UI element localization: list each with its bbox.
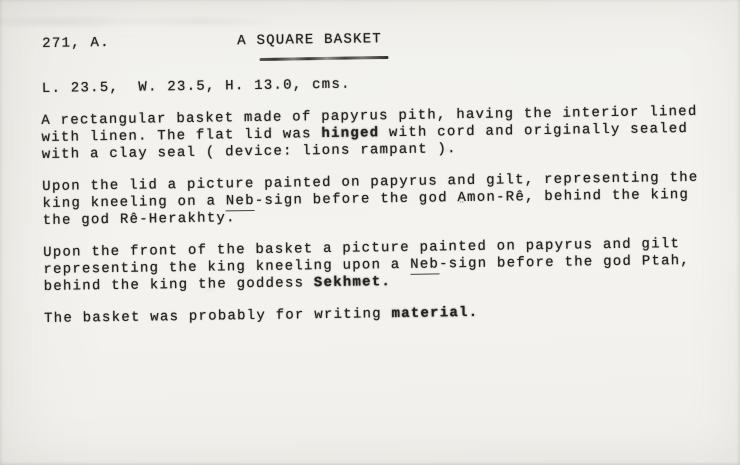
page-title: A SQUARE BASKET [237,31,382,49]
text-segment: -sign before the god Ptah, [439,253,690,273]
document-page: 271, A. A SQUARE BASKET L. 23.5, W. 23.5… [0,0,740,465]
paragraph: The basket was probably for writing mate… [44,302,700,328]
text-segment: king kneeling on a [42,193,226,212]
underlined-term: Neb [410,256,439,274]
paragraph: Upon the front of the basket a picture p… [43,236,700,296]
title-underline [259,56,388,61]
text-segment: hinged [321,125,379,142]
underlined-term: Neb [226,193,255,211]
body-paragraphs: A rectangular basket made of papyrus pit… [41,104,700,343]
text-line: The basket was probably for writing mate… [44,302,700,328]
text-segment: behind the king the goddess [44,275,314,295]
typed-diaeresis-mark: ¨ [458,201,466,213]
dimensions-line: L. 23.5, W. 23.5, H. 13.0, cms. [42,77,351,97]
typed-sheet: 271, A. A SQUARE BASKET L. 23.5, W. 23.5… [0,0,740,465]
paragraph: Upon the lid a picture painted on papyru… [42,170,699,230]
text-segment: Sekhmet. [314,274,391,291]
text-segment: material. [391,305,478,322]
text-segment: with cord and originally sealed [379,121,688,141]
text-segment: The basket was probably for writing [44,306,392,327]
text-segment: the god Rê-Herakhty. [43,210,236,229]
paragraph: A rectangular basket made of papyrus pit… [41,104,698,164]
catalog-number: 271, A. [42,35,110,52]
